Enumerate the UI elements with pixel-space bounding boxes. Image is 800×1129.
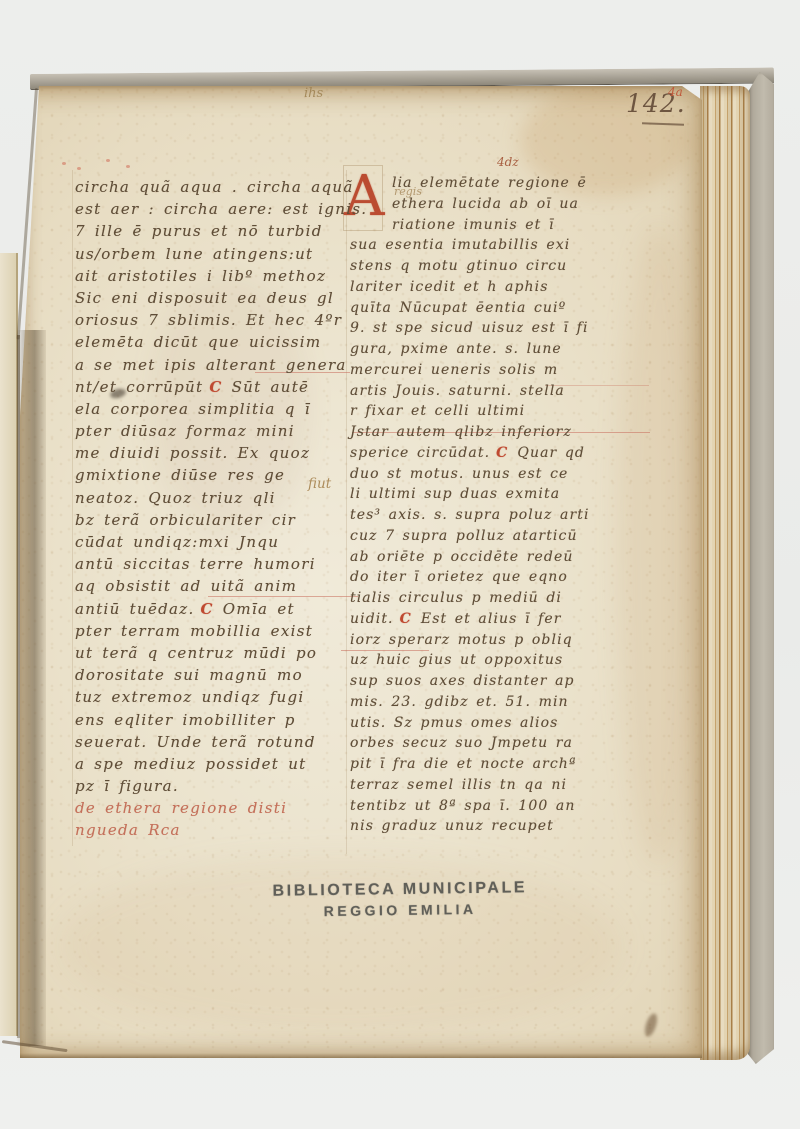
text-line: tes³ axis. s. supra poluz arti xyxy=(350,505,666,526)
rubric-line: de ethera regione disti xyxy=(75,797,361,819)
ink-speckle xyxy=(126,165,130,168)
stamp-line-2: REGGIO EMILIA xyxy=(170,899,630,921)
text-line: uidit.CEst et alius ī fer xyxy=(350,609,666,630)
text-line: aq obsistit ad uitã anim xyxy=(75,575,361,597)
text-line: a se met ipis alterant genera xyxy=(75,354,361,376)
text-line: do iter ī orietez que eqno xyxy=(350,567,666,588)
page-stack-fore-edge xyxy=(700,86,750,1060)
text-line: ela corporea simplitia q ī xyxy=(75,398,361,420)
capitulum-mark-icon: C xyxy=(400,611,412,627)
ink-smudge xyxy=(643,1012,660,1038)
text-line: ab oriēte p occidēte redeū xyxy=(350,547,666,568)
gutter-crease-line xyxy=(17,335,20,1038)
text-line: antiū tuēdaz.COmīa et xyxy=(75,598,361,620)
ink-speckle xyxy=(62,162,66,165)
text-line: lariter icedit et h aphis xyxy=(350,277,666,298)
text-line: sua esentia imutabillis exi xyxy=(350,235,666,256)
text-line: ens eqliter imobilliter p xyxy=(75,709,361,731)
text-line: utis. Sz pmus omes alios xyxy=(350,713,666,734)
right-text-column: lia elemētate regione ē ethera lucida ab… xyxy=(350,173,666,837)
text-line: antū siccitas terre humori xyxy=(75,553,361,575)
manuscript-page: ihs 142. 4a A 4dz regis fiut circha quã … xyxy=(20,86,702,1058)
text-line: sup suos axes distanter ap xyxy=(350,671,666,692)
line-segment: Est et alius ī fer xyxy=(421,611,562,627)
text-line: duo st motus. unus est ce xyxy=(350,464,666,485)
text-line: cūdat undiqz:mxi Jnqu xyxy=(75,531,361,553)
capitulum-mark-icon: C xyxy=(209,378,222,396)
text-line: quīta Nūcupat ēentia cuiº xyxy=(350,298,666,319)
text-line: mercurei ueneris solis m xyxy=(350,360,666,381)
text-line: dorositate sui magnū mo xyxy=(75,664,361,686)
text-line: uz huic gius ut oppoxitus xyxy=(350,650,666,671)
stamp-line-1: BIBLIOTECA MUNICIPALE xyxy=(170,878,630,902)
text-line: pit ī fra die et nocte archª xyxy=(350,754,666,775)
text-line: bz terã orbiculariter cir xyxy=(75,509,361,531)
text-line: tentibz ut 8ª spa ī. 100 an xyxy=(350,796,666,817)
line-segment: Omīa et xyxy=(223,600,295,618)
line-segment: antiū tuēdaz. xyxy=(75,600,195,618)
text-line: pter terram mobillia exist xyxy=(75,620,361,642)
ink-speckle xyxy=(106,159,110,162)
text-line: stens q motu gtinuo circu xyxy=(350,256,666,277)
text-line: mis. 23. gdibz et. 51. min xyxy=(350,692,666,713)
text-line: li ultimi sup duas exmita xyxy=(350,484,666,505)
line-segment: sperice circūdat. xyxy=(350,445,490,461)
text-line: ethera lucida ab oī ua xyxy=(350,194,666,215)
left-text-column: circha quã aqua . circha aquã est aer : … xyxy=(75,176,361,842)
text-line: est aer : circha aere: est ignis. xyxy=(75,198,361,220)
line-segment: nt/et corrūpūt xyxy=(75,378,203,396)
rubric-line: ngueda Rca xyxy=(75,819,361,841)
text-line: elemēta dicūt que uicissim xyxy=(75,331,361,353)
text-line: pter diūsaz formaz mini xyxy=(75,420,361,442)
text-line: orbes secuz suo Jmpetu ra xyxy=(350,733,666,754)
text-line: seuerat. Unde terã rotund xyxy=(75,731,361,753)
folio-underline xyxy=(642,122,684,125)
photo-surface: ihs 142. 4a A 4dz regis fiut circha quã … xyxy=(0,0,800,1129)
line-segment: uidit. xyxy=(350,611,394,627)
text-line: oriosus 7 sblimis. Et hec 4ºr xyxy=(75,309,361,331)
line-segment: Sūt autē xyxy=(232,378,310,396)
facing-page-edge xyxy=(0,253,18,1036)
text-line: iorz sperarz motus p obliq xyxy=(350,630,666,651)
line-segment: Quar qd xyxy=(517,445,585,461)
text-line: a spe mediuz possidet ut xyxy=(75,753,361,775)
text-line: ut terã q centruz mūdi po xyxy=(75,642,361,664)
text-line: me diuidi possit. Ex quoz xyxy=(75,442,361,464)
text-line: terraz semel illis tn qa ni xyxy=(350,775,666,796)
capitulum-mark-icon: C xyxy=(496,445,508,461)
text-line: nt/et corrūpūtCSūt autē xyxy=(75,376,361,398)
text-line: riatione imunis et ī xyxy=(350,215,666,236)
ink-speckle xyxy=(77,167,81,170)
text-line: cuz 7 supra polluz atarticū xyxy=(350,526,666,547)
capitulum-mark-icon: C xyxy=(201,600,214,618)
interlinear-gloss: 4dz xyxy=(497,155,519,169)
text-line: nis graduz unuz recupet xyxy=(350,816,666,837)
text-line: ait aristotiles i libº methoz xyxy=(75,265,361,287)
text-line: pz ī figura. xyxy=(75,775,361,797)
text-line: neatoz. Quoz triuz qli xyxy=(75,487,361,509)
text-line: circha quã aqua . circha aquã xyxy=(75,176,361,198)
text-line: Sic eni disposuit ea deus gl xyxy=(75,287,361,309)
ihs-monogram: ihs xyxy=(304,86,323,101)
cover-board-fore-edge xyxy=(748,72,774,1064)
text-line: r fixar et celli ultimi xyxy=(350,401,666,422)
text-line: us/orbem lune atingens:ut xyxy=(75,243,361,265)
text-line: sperice circūdat.CQuar qd xyxy=(350,443,666,464)
column-ruling-line xyxy=(72,170,73,846)
text-line: 7 ille ē purus et nō turbid xyxy=(75,220,361,242)
text-line: artis Jouis. saturni. stella xyxy=(350,381,666,402)
text-line: gmixtione diūse res ge xyxy=(75,464,361,486)
text-line: 9. st spe sicud uisuz est ī fi xyxy=(350,318,666,339)
text-line: lia elemētate regione ē xyxy=(350,173,666,194)
text-line: tialis circulus p mediū di xyxy=(350,588,666,609)
folio-quire-mark: 4a xyxy=(668,85,683,99)
text-line: tuz extremoz undiqz fugi xyxy=(75,686,361,708)
library-stamp: BIBLIOTECA MUNICIPALE REGGIO EMILIA xyxy=(170,878,630,921)
text-line: gura, pxime ante. s. lune xyxy=(350,339,666,360)
text-line: Jstar autem qlibz inferiorz xyxy=(350,422,666,443)
